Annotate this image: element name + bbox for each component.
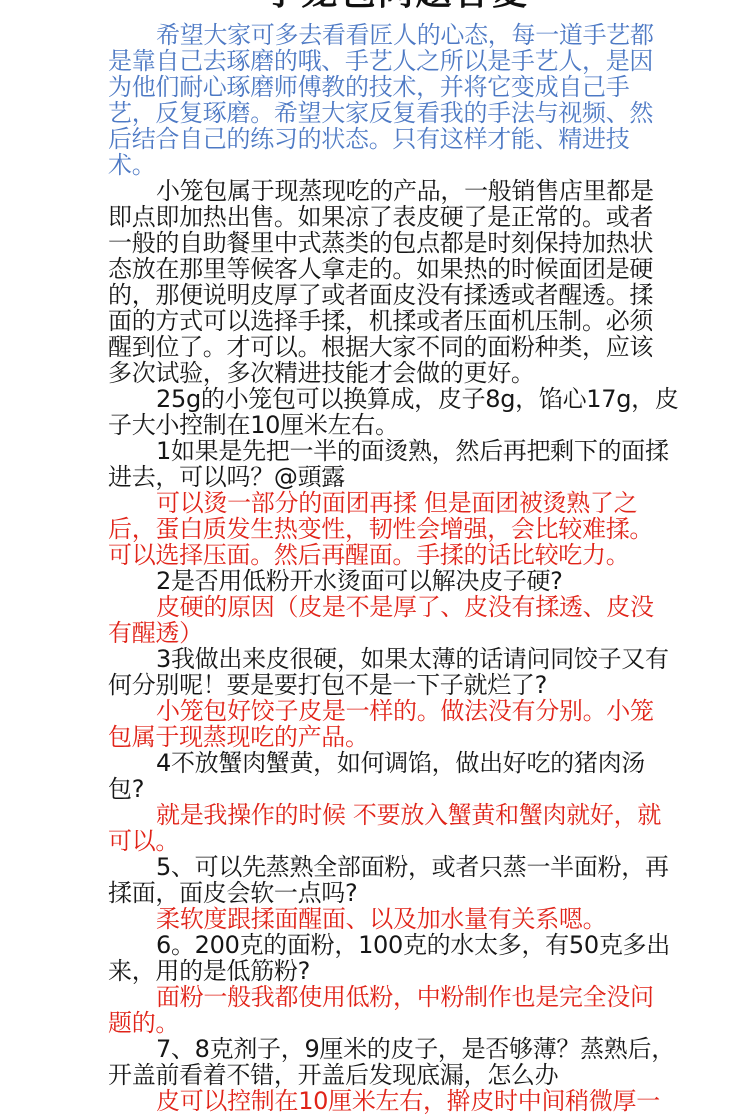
- text-line: 来，用的是低筋粉?: [108, 958, 657, 984]
- text-line: 有醒透）: [108, 620, 657, 646]
- paragraph-question-3: 3我做出来皮很硬，如果太薄的话请问同饺子又有何分别呢！要是要打包不是一下子就烂了…: [108, 646, 657, 698]
- text-line: 一般的自助餐里中式蒸类的包点都是时刻保持加热状: [108, 230, 657, 256]
- text-line: 何分别呢！要是要打包不是一下子就烂了?: [108, 672, 657, 698]
- text-line: 1如果是先把一半的面烫熟，然后再把剩下的面揉: [108, 438, 657, 464]
- text-line: 面的方式可以选择手揉，机揉或者压面机压制。必须: [108, 308, 657, 334]
- text-line: 柔软度跟揉面醒面、以及加水量有关系嗯。: [108, 906, 657, 932]
- paragraph-question-1: 1如果是先把一半的面烫熟，然后再把剩下的面揉进去，可以吗？@頭露: [108, 438, 657, 490]
- paragraph-answer-1: 可以烫一部分的面团再揉 但是面团被烫熟了之后，蛋白质发生热变性，韧性会增强，会比…: [108, 490, 657, 568]
- paragraph-answer-2: 皮硬的原因（皮是不是厚了、皮没有揉透、皮没有醒透）: [108, 594, 657, 646]
- paragraph-question-6: 6。200克的面粉，100克的水太多，有50克多出来，用的是低筋粉?: [108, 932, 657, 984]
- text-line: 小笼包好饺子皮是一样的。做法没有分别。小笼: [108, 698, 657, 724]
- paragraph-info: 25g的小笼包可以换算成，皮子8g，馅心17g，皮子大小控制在10厘米左右。: [108, 386, 657, 438]
- text-line: 面粉一般我都使用低粉，中粉制作也是完全没问: [108, 984, 657, 1010]
- text-line: 6。200克的面粉，100克的水太多，有50克多出: [108, 932, 657, 958]
- text-line: 揉面，面皮会软一点吗?: [108, 880, 657, 906]
- text-line: 多次试验，多次精进技能才会做的更好。: [108, 360, 657, 386]
- text-line: 可以烫一部分的面团再揉 但是面团被烫熟了之: [108, 490, 657, 516]
- document-page: 小笼包问题答复 希望大家可多去看看匠人的心态，每一道手艺都是靠自己去琢磨的哦、手…: [0, 0, 750, 1120]
- text-line: 7、8克剂子，9厘米的皮子，是否够薄？蒸熟后，: [108, 1036, 657, 1062]
- text-line: 就是我操作的时候 不要放入蟹黄和蟹肉就好，就: [108, 802, 657, 828]
- paragraph-question-5: 5、可以先蒸熟全部面粉，或者只蒸一半面粉，再揉面，面皮会软一点吗?: [108, 854, 657, 906]
- text-line: 后，蛋白质发生热变性，韧性会增强，会比较难揉。: [108, 516, 657, 542]
- text-line: 后结合自己的练习的状态。只有这样才能、精进技: [108, 126, 657, 152]
- text-line: 皮可以控制在10厘米左右，擀皮时中间稍微厚一: [108, 1088, 657, 1114]
- text-line: 为他们耐心琢磨师傅教的技术，并将它变成自己手: [108, 74, 657, 100]
- text-line: 2是否用低粉开水烫面可以解决皮子硬?: [108, 568, 657, 594]
- text-line: 态放在那里等候客人拿走的。如果热的时候面团是硬: [108, 256, 657, 282]
- text-line: 子大小控制在10厘米左右。: [108, 412, 657, 438]
- text-line: 5、可以先蒸熟全部面粉，或者只蒸一半面粉，再: [108, 854, 657, 880]
- paragraph-answer-4: 就是我操作的时候 不要放入蟹黄和蟹肉就好，就可以。: [108, 802, 657, 854]
- text-line: 的，那便说明皮厚了或者面皮没有揉透或者醒透。揉: [108, 282, 657, 308]
- paragraph-answer-6: 面粉一般我都使用低粉，中粉制作也是完全没问题的。: [108, 984, 657, 1036]
- text-line: 3我做出来皮很硬，如果太薄的话请问同饺子又有: [108, 646, 657, 672]
- text-line: 包属于现蒸现吃的产品。: [108, 724, 657, 750]
- text-line: 即点即加热出售。如果凉了表皮硬了是正常的。或者: [108, 204, 657, 230]
- text-line: 进去，可以吗？@頭露: [108, 464, 657, 490]
- paragraph-question-7: 7、8克剂子，9厘米的皮子，是否够薄？蒸熟后，开盖前看着不错，开盖后发现底漏，怎…: [108, 1036, 657, 1088]
- document-body: 希望大家可多去看看匠人的心态，每一道手艺都是靠自己去琢磨的哦、手艺人之所以是手艺…: [108, 22, 657, 1114]
- text-line: 25g的小笼包可以换算成，皮子8g，馅心17g，皮: [108, 386, 657, 412]
- paragraph-info: 小笼包属于现蒸现吃的产品，一般销售店里都是即点即加热出售。如果凉了表皮硬了是正常…: [108, 178, 657, 386]
- paragraph-answer-3: 小笼包好饺子皮是一样的。做法没有分别。小笼包属于现蒸现吃的产品。: [108, 698, 657, 750]
- paragraph-intro-note: 希望大家可多去看看匠人的心态，每一道手艺都是靠自己去琢磨的哦、手艺人之所以是手艺…: [108, 22, 657, 178]
- document-content: 小笼包问题答复 希望大家可多去看看匠人的心态，每一道手艺都是靠自己去琢磨的哦、手…: [108, 0, 657, 1114]
- text-line: 希望大家可多去看看匠人的心态，每一道手艺都: [108, 22, 657, 48]
- paragraph-answer-7: 皮可以控制在10厘米左右，擀皮时中间稍微厚一: [108, 1088, 657, 1114]
- text-line: 可以选择压面。然后再醒面。手揉的话比较吃力。: [108, 542, 657, 568]
- text-line: 是靠自己去琢磨的哦、手艺人之所以是手艺人，是因: [108, 48, 657, 74]
- text-line: 4不放蟹肉蟹黄，如何调馅，做出好吃的猪肉汤: [108, 750, 657, 776]
- page-title: 小笼包问题答复: [122, 0, 671, 13]
- paragraph-answer-5: 柔软度跟揉面醒面、以及加水量有关系嗯。: [108, 906, 657, 932]
- text-line: 可以。: [108, 828, 657, 854]
- text-line: 开盖前看着不错，开盖后发现底漏，怎么办: [108, 1062, 657, 1088]
- text-line: 包?: [108, 776, 657, 802]
- text-line: 醒到位了。才可以。根据大家不同的面粉种类，应该: [108, 334, 657, 360]
- paragraph-question-2: 2是否用低粉开水烫面可以解决皮子硬?: [108, 568, 657, 594]
- text-line: 皮硬的原因（皮是不是厚了、皮没有揉透、皮没: [108, 594, 657, 620]
- paragraph-question-4: 4不放蟹肉蟹黄，如何调馅，做出好吃的猪肉汤包?: [108, 750, 657, 802]
- text-line: 题的。: [108, 1010, 657, 1036]
- text-line: 艺，反复琢磨。希望大家反复看我的手法与视频、然: [108, 100, 657, 126]
- text-line: 小笼包属于现蒸现吃的产品，一般销售店里都是: [108, 178, 657, 204]
- text-line: 术。: [108, 152, 657, 178]
